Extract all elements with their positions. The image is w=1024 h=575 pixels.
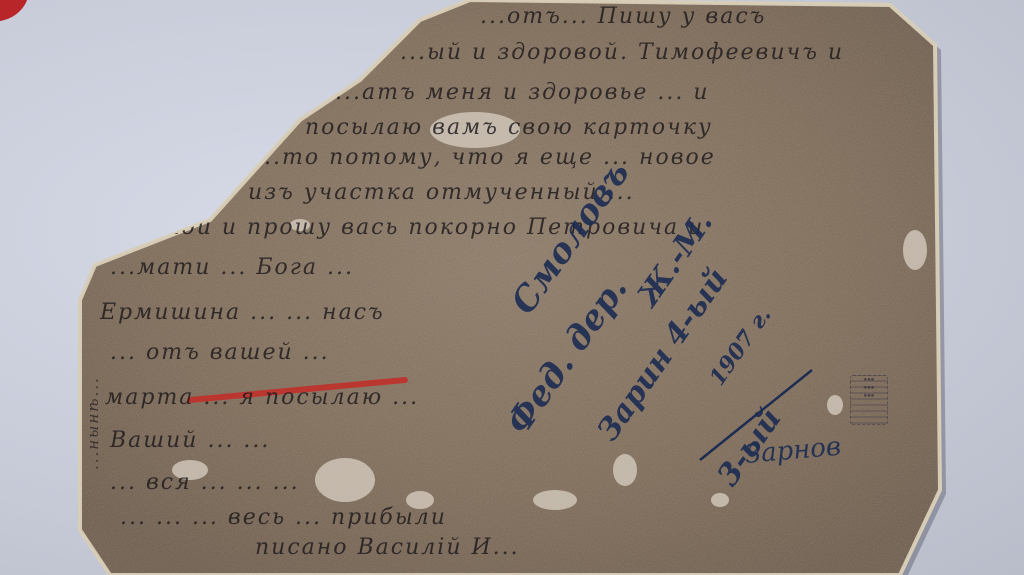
handwritten-line: ...ый и здоровой. Тимофеевичъ и (400, 40, 844, 65)
handwritten-line: ...атъ меня и здоровье ... и (335, 80, 710, 105)
stamp-mark: ▪▪▪ ▪▪▪ ▪▪▪ (850, 375, 888, 425)
handwritten-line: писано Василій И... (255, 535, 520, 560)
stamp-line: ▪▪▪ (851, 384, 887, 392)
handwritten-line: ... отъ вашей ... (110, 340, 330, 365)
annotation-text: 1907 г. (704, 303, 776, 391)
handwritten-line: ... вся ... ... ... (110, 470, 300, 495)
handwritten-line: ...то потому, что я еще ... новое (255, 145, 716, 170)
handwritten-line: Ваший ... ... (110, 428, 270, 453)
margin-text: ...нынѣ... (84, 376, 102, 470)
stamp-line: ▪▪▪ (851, 376, 887, 384)
handwritten-line: посылаю вамъ свою карточку (305, 115, 713, 140)
handwritten-line: ной и прошу вась покорно Петровича и (165, 215, 704, 240)
handwritten-line: ... ... ... весь ... прибыли (120, 505, 447, 530)
handwritten-line: Ермишина ... ... насъ (100, 300, 385, 325)
handwritten-line: ...мати ... Бога ... (110, 255, 354, 280)
handwritten-line: марта ... я посылаю ... (105, 385, 419, 410)
handwritten-line: ...отъ... Пишу у васъ (480, 4, 766, 29)
stamp-line: ▪▪▪ (851, 392, 887, 400)
